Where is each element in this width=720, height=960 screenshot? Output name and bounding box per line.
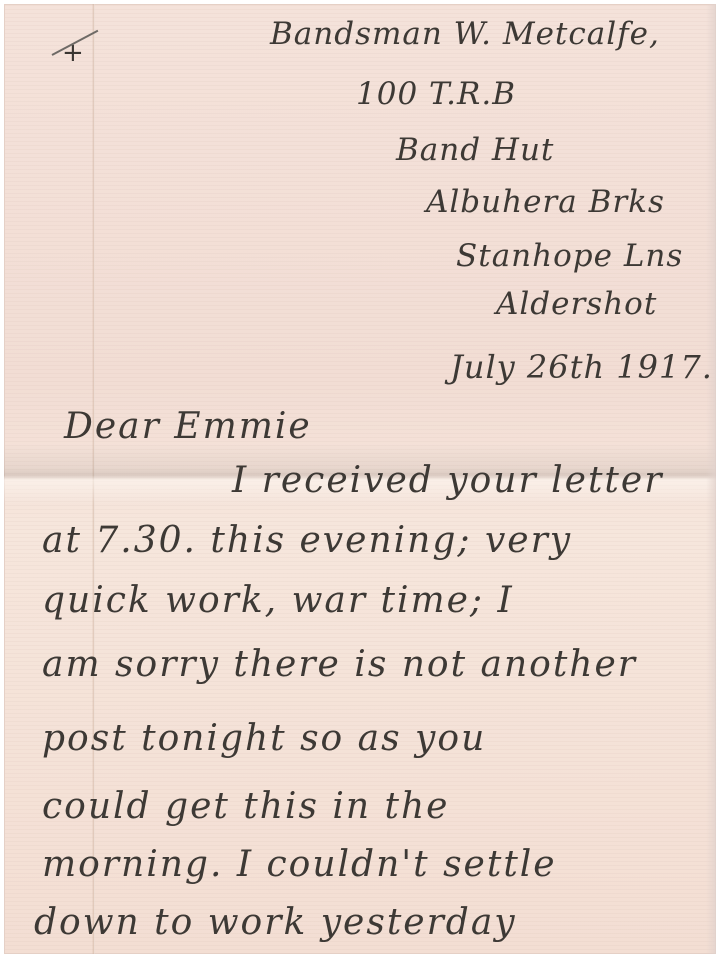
address-line-name: Bandsman W. Metcalfe, — [270, 16, 660, 52]
body-line: post tonight so as you — [42, 718, 486, 759]
address-line-barracks: Albuhera Brks — [426, 184, 665, 220]
body-line: quick work, war time; I — [42, 580, 514, 621]
address-line-lines: Stanhope Lns — [456, 238, 683, 274]
letter-date: July 26th 1917. — [450, 348, 713, 386]
body-line: morning. I couldn't settle — [42, 844, 557, 885]
body-line: down to work yesterday — [34, 902, 517, 943]
body-line: I received your letter — [232, 460, 663, 501]
address-line-unit: 100 T.R.B — [356, 76, 516, 112]
letter-page: + Bandsman W. Metcalfe, 100 T.R.B Band H… — [4, 4, 716, 954]
body-line: at 7.30. this evening; very — [42, 520, 572, 561]
address-line-town: Aldershot — [496, 286, 657, 322]
body-line: could get this in the — [42, 786, 449, 827]
page-edge — [706, 4, 716, 954]
salutation: Dear Emmie — [64, 406, 312, 447]
address-line-hut: Band Hut — [396, 132, 554, 168]
body-line: am sorry there is not another — [42, 644, 637, 685]
